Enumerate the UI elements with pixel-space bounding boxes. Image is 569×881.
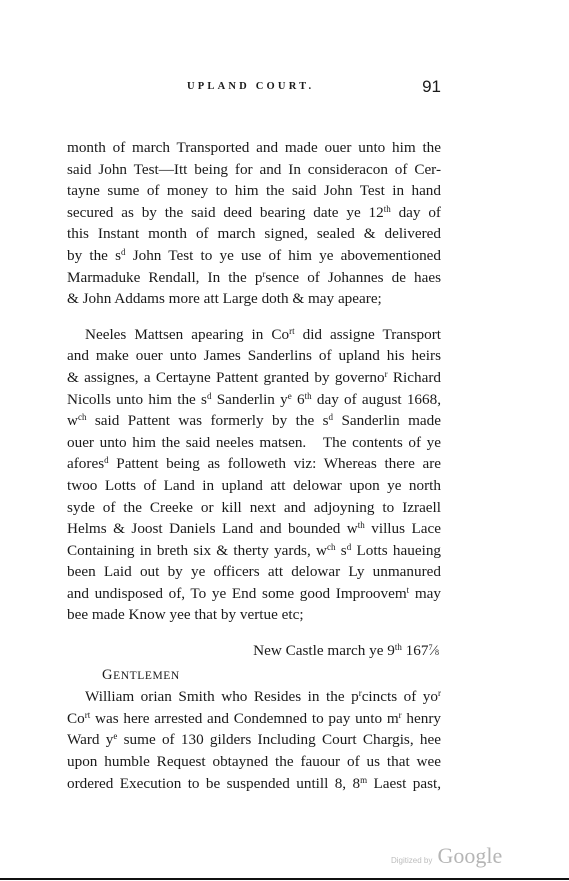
text-line: & assignes, a Certayne Pattent granted b…	[67, 367, 441, 389]
text-line: Nicolls unto him the sd Sanderlin ye 6th…	[67, 389, 441, 411]
text-line: Helms & Joost Daniels Land and bounded w…	[67, 518, 441, 540]
text-line: Neeles Mattsen apearing in Cort did assi…	[67, 324, 441, 346]
text-line: Cort was here arrested and Condemned to …	[67, 708, 441, 730]
text-line: been Laid out by ye officers att delowar…	[67, 561, 441, 583]
letter-salutation: GENTLEMEN	[67, 665, 441, 687]
text-line: aforesd Pattent being as followeth viz: …	[67, 453, 441, 475]
text-line: Ward ye sume of 130 gilders Including Co…	[67, 729, 441, 751]
text-line: bee made Know yee that by vertue etc;	[67, 604, 441, 626]
text-line: & John Addams more att Large doth & may …	[67, 288, 441, 310]
running-title: UPLAND COURT.	[187, 81, 314, 92]
scanned-book-page: UPLAND COURT. 91 month of march Transpor…	[0, 0, 569, 881]
google-logo: Google	[437, 843, 502, 868]
page-body: month of march Transported and made ouer…	[67, 137, 441, 794]
text-line: by the sd John Test to ye use of him ye …	[67, 245, 441, 267]
running-header: UPLAND COURT. 91	[67, 78, 441, 98]
text-line: ordered Execution to be suspended untill…	[67, 773, 441, 795]
page-number: 91	[422, 77, 441, 97]
text-line: twoo Lotts of Land in upland att delowar…	[67, 475, 441, 497]
text-line: secured as by the said deed bearing date…	[67, 202, 441, 224]
text-line: and make ouer unto James Sanderlins of u…	[67, 345, 441, 367]
text-line: said John Test—Itt being for and In cons…	[67, 159, 441, 181]
paragraph-letter: William orian Smith who Resides in the p…	[67, 686, 441, 794]
text-line: William orian Smith who Resides in the p…	[67, 686, 441, 708]
text-line: tayne sume of money to him the said John…	[67, 180, 441, 202]
text-line: Containing in breth six & therty yards, …	[67, 540, 441, 562]
text-line: upon humble Request obtayned the fauour …	[67, 751, 441, 773]
text-line: wch said Pattent was formerly by the sd …	[67, 410, 441, 432]
dateline: New Castle march ye 9th 1677⁄8	[67, 640, 441, 662]
digitized-by-google-watermark: Digitized by Google	[391, 843, 502, 869]
text-line: and undisposed of, To ye End some good I…	[67, 583, 441, 605]
text-line: syde of the Creeke or kill next and adjo…	[67, 497, 441, 519]
paragraph-patent: Neeles Mattsen apearing in Cort did assi…	[67, 324, 441, 626]
text-line: month of march Transported and made ouer…	[67, 137, 441, 159]
digitized-label: Digitized by	[391, 856, 432, 865]
paragraph-deed: month of march Transported and made ouer…	[67, 137, 441, 310]
bottom-rule	[0, 878, 569, 880]
text-line: Marmaduke Rendall, In the prsence of Joh…	[67, 267, 441, 289]
text-line: ouer unto him the said neeles matsen. Th…	[67, 432, 441, 454]
text-line: this Instant month of march signed, seal…	[67, 223, 441, 245]
